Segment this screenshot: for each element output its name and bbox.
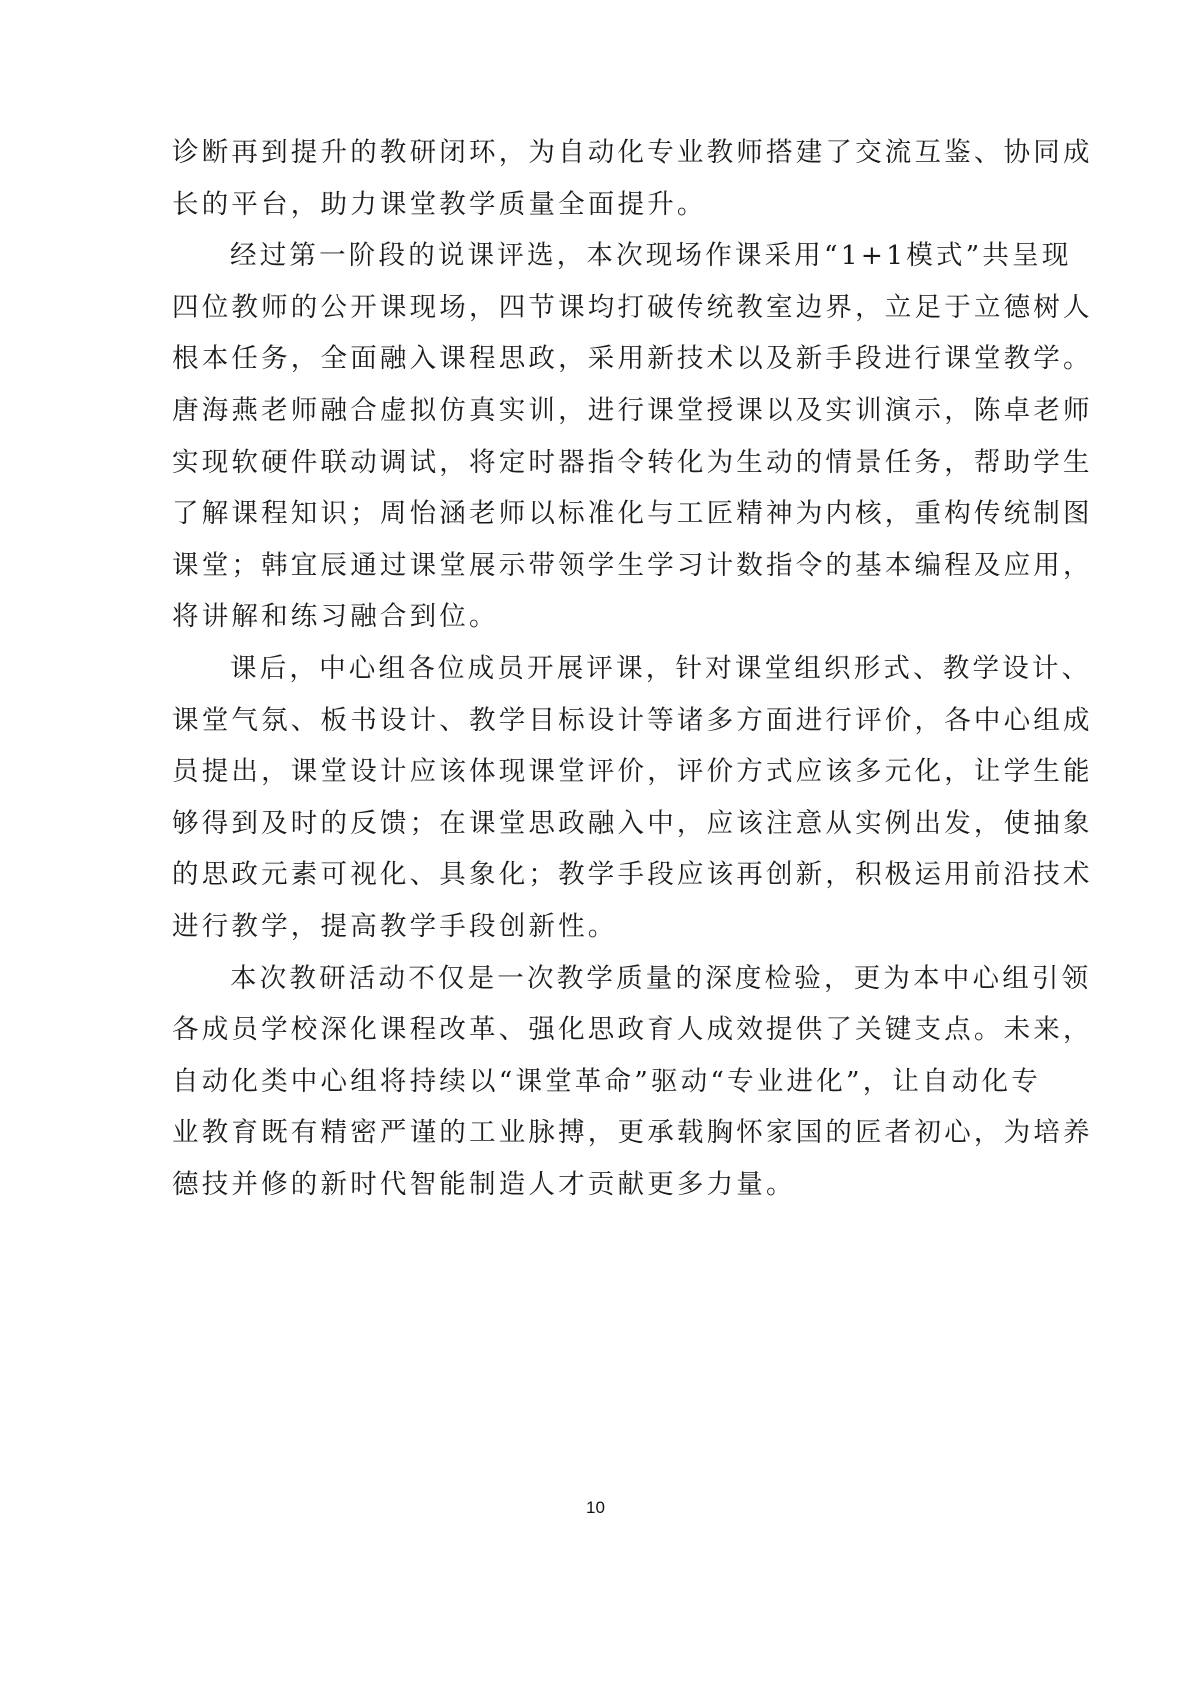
text-line: 业教育既有精密严谨的工业脉搏，更承载胸怀家国的匠者初心，为培养 <box>172 1107 978 1159</box>
text-line: 实现软硬件联动调试，将定时器指令转化为生动的情景任务，帮助学生 <box>172 437 978 489</box>
text-line: 诊断再到提升的教研闭环，为自动化专业教师搭建了交流互鉴、协同成 <box>172 127 978 179</box>
text-line: 德技并修的新时代智能制造人才贡献更多力量。 <box>172 1159 978 1211</box>
paragraph-start-line: 课后，中心组各位成员开展评课，针对课堂组织形式、教学设计、 <box>172 643 978 695</box>
text-line: 了解课程知识；周怡涵老师以标准化与工匠精神为内核，重构传统制图 <box>172 488 978 540</box>
text-line: 够得到及时的反馈；在课堂思政融入中，应该注意从实例出发，使抽象 <box>172 798 978 850</box>
body-text: 诊断再到提升的教研闭环，为自动化专业教师搭建了交流互鉴、协同成 长的平台，助力课… <box>172 127 978 1210</box>
text-line: 唐海燕老师融合虚拟仿真实训，进行课堂授课以及实训演示，陈卓老师 <box>172 385 978 437</box>
paragraph-start-line: 本次教研活动不仅是一次教学质量的深度检验，更为本中心组引领 <box>172 953 978 1005</box>
text-line: 课堂；韩宜辰通过课堂展示带领学生学习计数指令的基本编程及应用， <box>172 540 978 592</box>
document-page: 诊断再到提升的教研闭环，为自动化专业教师搭建了交流互鉴、协同成 长的平台，助力课… <box>0 0 1191 1684</box>
text-line: 四位教师的公开课现场，四节课均打破传统教室边界，立足于立德树人 <box>172 282 978 334</box>
text-line: 长的平台，助力课堂教学质量全面提升。 <box>172 179 978 231</box>
text-line: 根本任务，全面融入课程思政，采用新技术以及新手段进行课堂教学。 <box>172 333 978 385</box>
page-number: 10 <box>0 1498 1191 1518</box>
text-line: 各成员学校深化课程改革、强化思政育人成效提供了关键支点。未来， <box>172 1004 978 1056</box>
text-line: 员提出，课堂设计应该体现课堂评价，评价方式应该多元化，让学生能 <box>172 746 978 798</box>
text-line: 自动化类中心组将持续以“课堂革命”驱动“专业进化”，让自动化专 <box>172 1056 978 1108</box>
text-line: 课堂气氛、板书设计、教学目标设计等诸多方面进行评价，各中心组成 <box>172 695 978 747</box>
paragraph-start-line: 经过第一阶段的说课评选，本次现场作课采用“1+1模式”共呈现 <box>172 230 978 282</box>
text-line: 将讲解和练习融合到位。 <box>172 591 978 643</box>
text-line: 的思政元素可视化、具象化；教学手段应该再创新，积极运用前沿技术 <box>172 849 978 901</box>
text-line: 进行教学，提高教学手段创新性。 <box>172 901 978 953</box>
